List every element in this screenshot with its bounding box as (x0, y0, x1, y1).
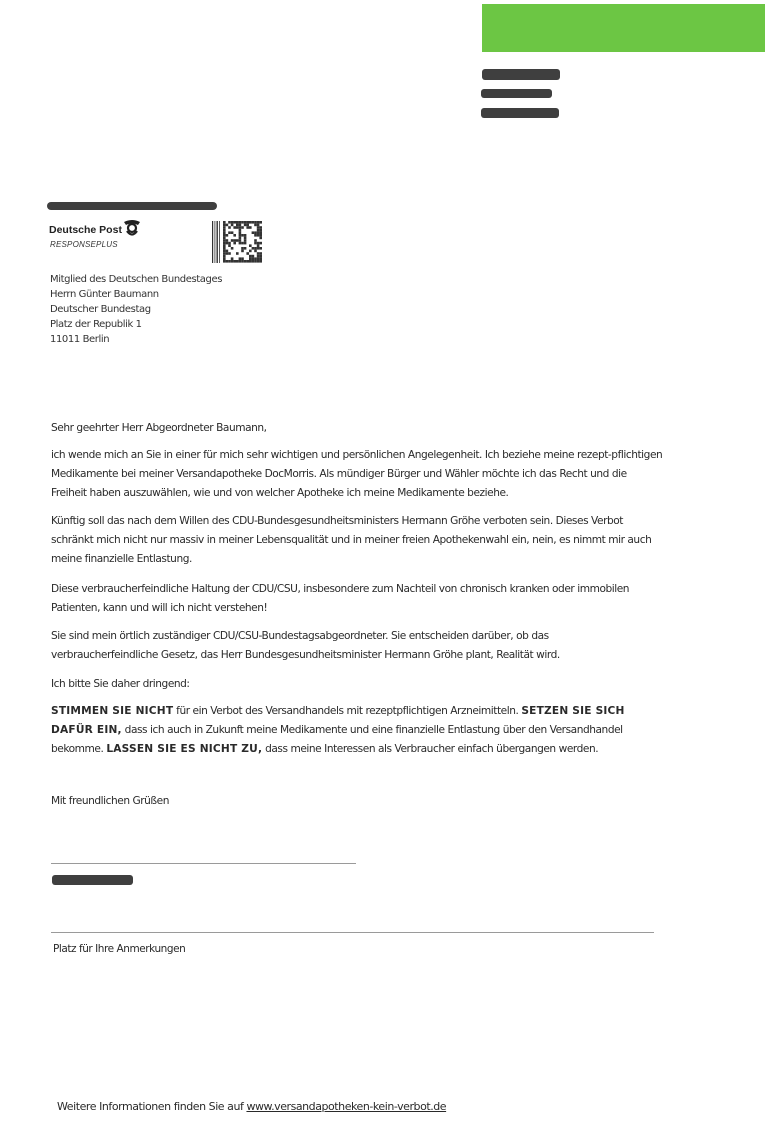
appeal-paragraph: STIMMEN SIE NICHT für ein Verbot des Ver… (51, 702, 651, 759)
redacted-signature-name (52, 875, 133, 885)
redacted-line (482, 69, 560, 80)
paragraph: Sie sind mein örtlich zuständiger CDU/CS… (51, 627, 651, 665)
closing: Mit freundlichen Grüßen (51, 792, 671, 811)
paragraph: ich wende mich an Sie in einer für mich … (51, 446, 663, 503)
appeal-emphasis: STIMMEN SIE NICHT (51, 705, 173, 717)
post-horn-icon (121, 219, 143, 237)
carrier-name: Deutsche Post (49, 224, 122, 236)
footer-link[interactable]: www.versandapotheken-kein-verbot.de (246, 1100, 446, 1113)
franking-area (482, 4, 765, 52)
footer: Weitere Informationen finden Sie auf www… (57, 1100, 446, 1113)
salutation: Sehr geehrter Herr Abgeordneter Baumann, (51, 419, 671, 438)
footer-text: Weitere Informationen finden Sie auf (57, 1100, 246, 1113)
redacted-line (481, 108, 559, 118)
appeal-emphasis: LASSEN SIE ES NICHT ZU, (106, 743, 262, 755)
address-line: Deutscher Bundestag (50, 302, 222, 317)
recipient-address: Mitglied des Deutschen Bundestages Herrn… (50, 272, 222, 347)
paragraph: Ich bitte Sie daher dringend: (51, 675, 671, 694)
address-line: 11011 Berlin (50, 332, 222, 347)
address-line: Mitglied des Deutschen Bundestages (50, 272, 222, 287)
address-line: Platz der Republik 1 (50, 317, 222, 332)
service-label: RESPONSEPLUS (50, 240, 118, 249)
notes-divider (51, 932, 654, 933)
paragraph: Diese verbraucherfeindliche Haltung der … (51, 580, 651, 618)
address-line: Herrn Günter Baumann (50, 287, 222, 302)
signature-line (51, 863, 356, 864)
paragraph: Künftig soll das nach dem Willen des CDU… (51, 512, 663, 569)
redacted-sender-line (47, 202, 217, 210)
redacted-line (481, 89, 552, 98)
datamatrix-barcode-icon (212, 221, 264, 263)
notes-label: Platz für Ihre Anmerkungen (53, 943, 185, 955)
